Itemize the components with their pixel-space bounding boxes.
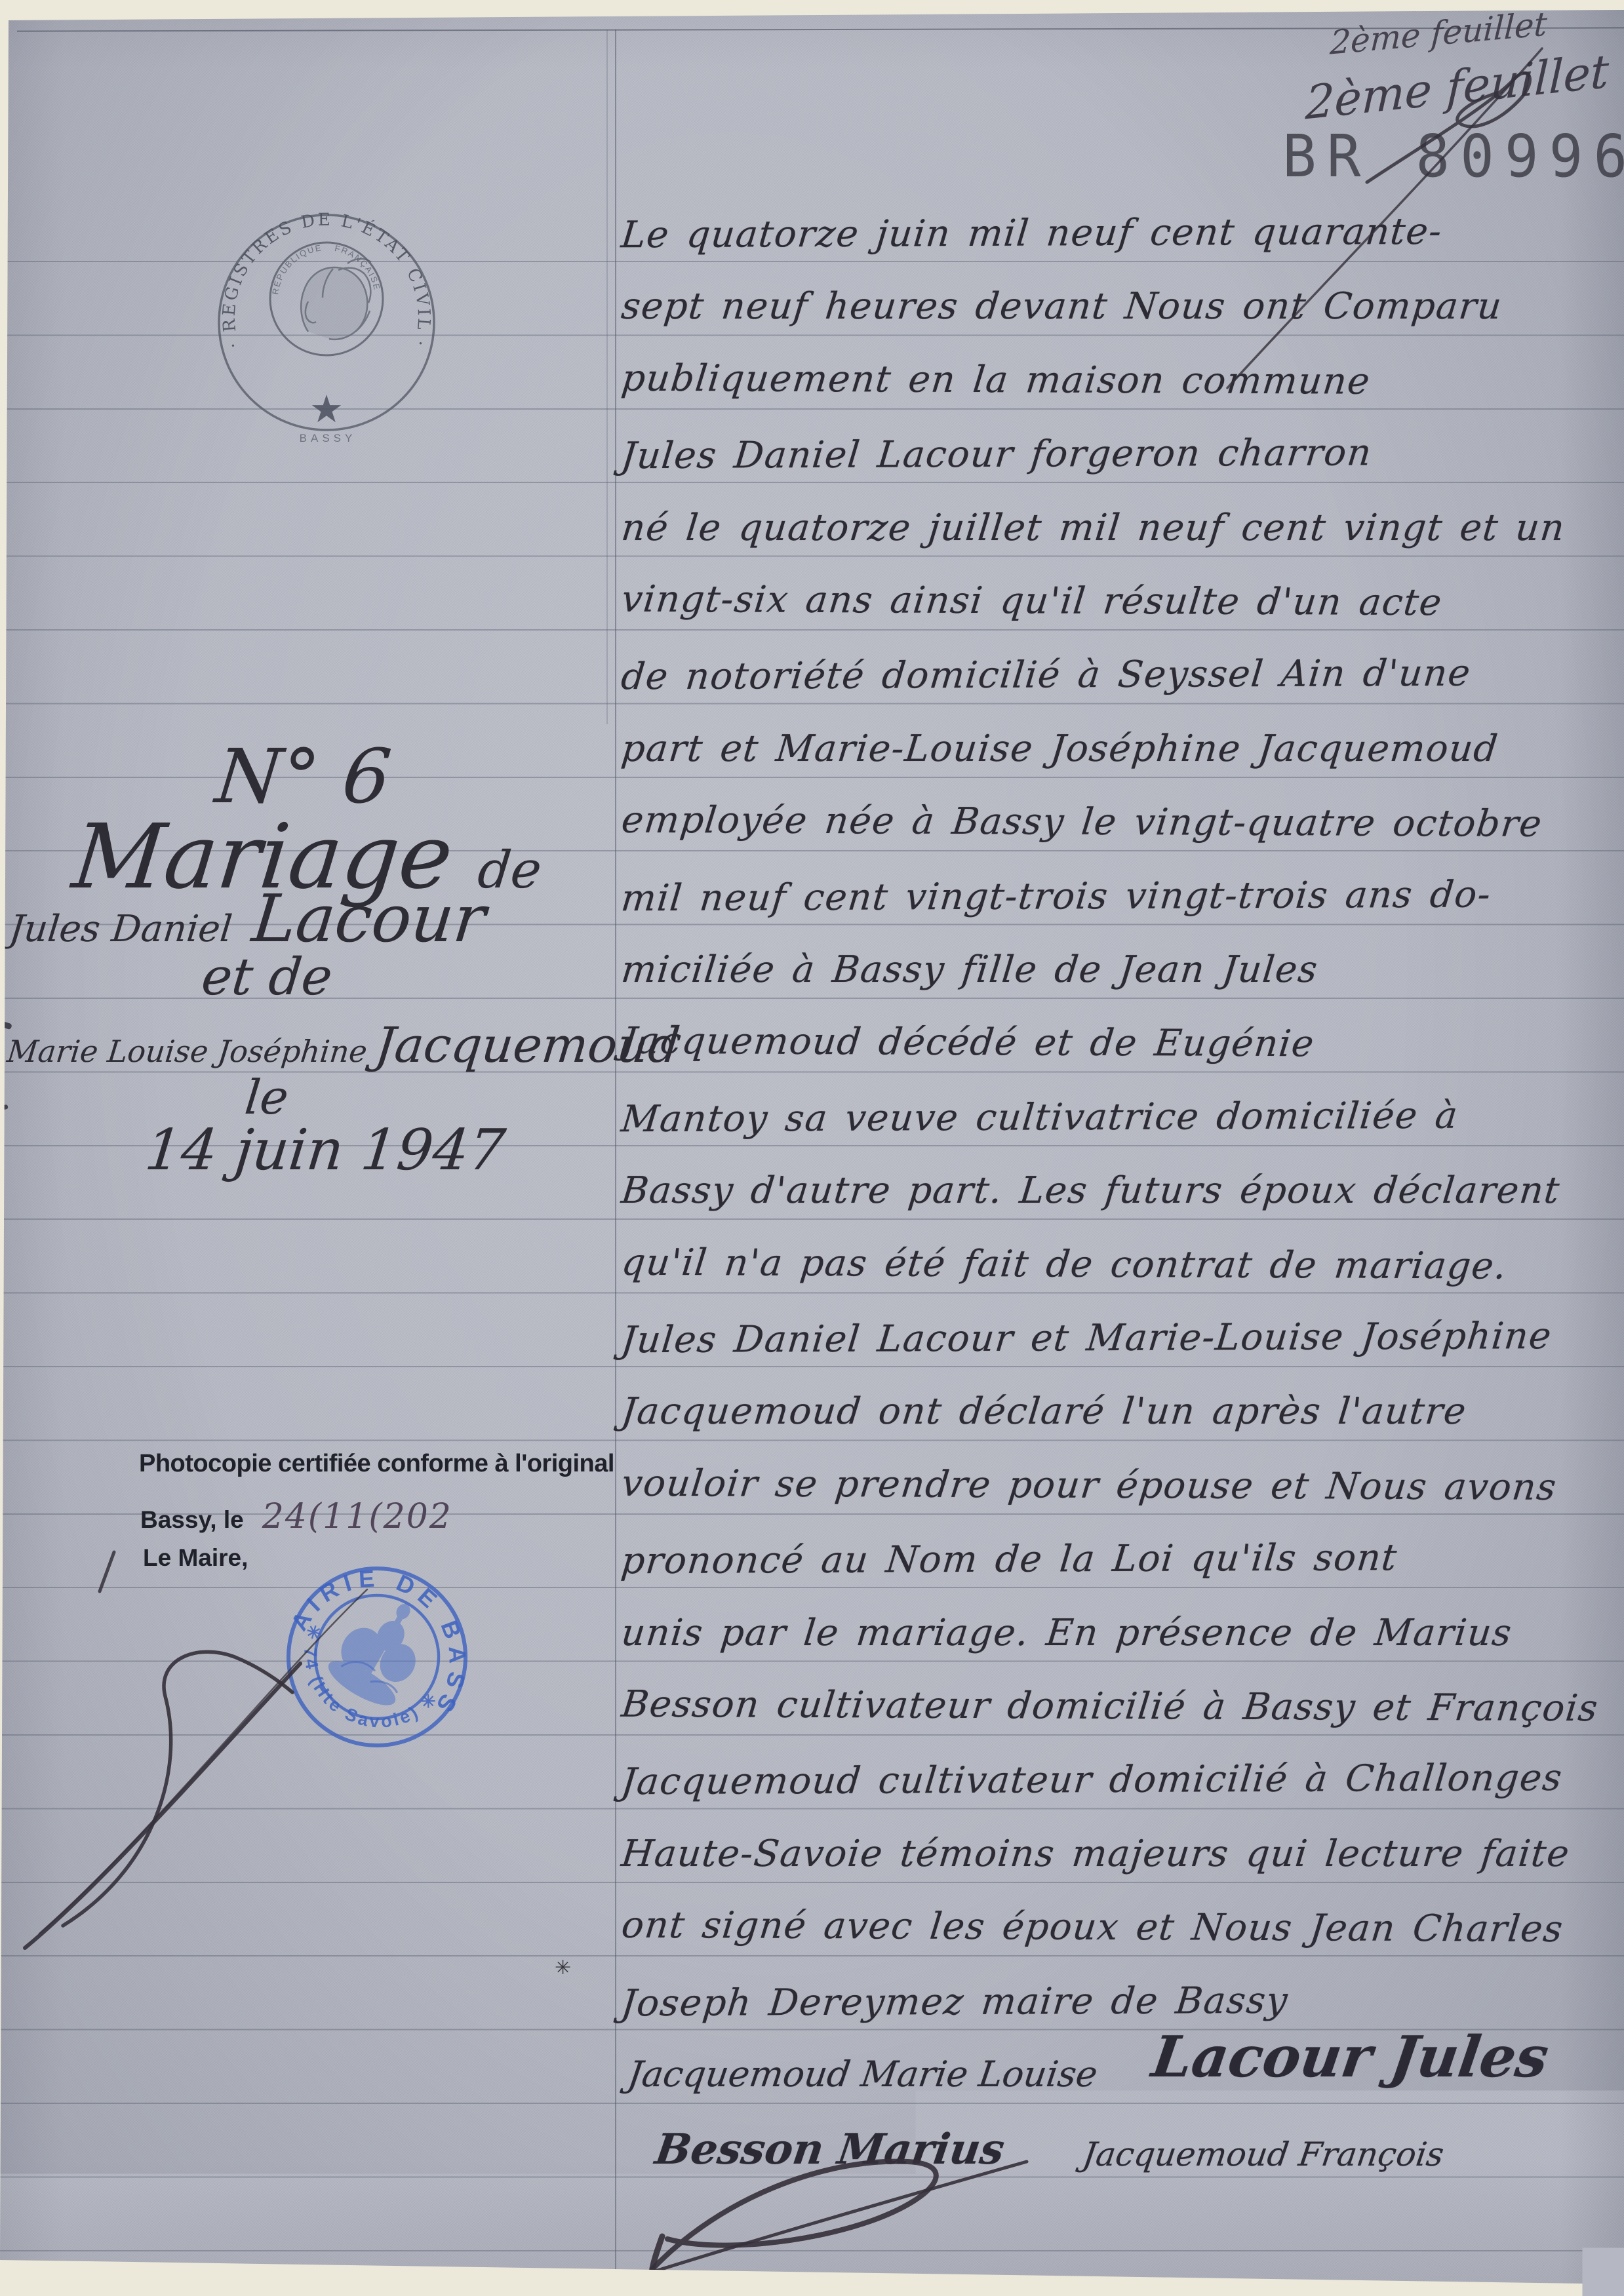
act-line: sept neuf heures devant Nous ont Comparu [620, 288, 1617, 325]
certification-mayor-label: Le Maire, [143, 1544, 248, 1572]
signature-witness-jacquemoud: Jacquemoud François [1080, 2138, 1446, 2171]
act-line: prononcé au Nom de la Loi qu'ils sont [620, 1539, 1617, 1580]
act-line: ont signé avec les époux et Nous Jean Ch… [620, 1907, 1617, 1949]
maire-flourish-signature-3 [651, 2236, 662, 2291]
act-line: de notoriété domicilié à Seyssel Ain d'u… [620, 655, 1617, 696]
asterisk-ink-mark: ✳ [555, 1956, 571, 1979]
marianne-head-icon [301, 259, 371, 340]
mayor-tick-mark [100, 1552, 114, 1591]
mayor-signature-stroke-1 [25, 1664, 300, 1948]
seal-bottom-text: BASSY [300, 432, 357, 444]
margin-column-rule-double [606, 29, 608, 724]
bride-first-names: Marie Louise Joséphine [5, 1034, 368, 1069]
certification-handwritten-date: 24(11(202 [262, 1497, 452, 1536]
seal-star-icon: ★ [309, 387, 344, 431]
margin-le: le [243, 1074, 290, 1121]
groom-name-line: Jules DanielLacour [7, 886, 488, 952]
act-line: qu'il n'a pas été fait de contrat de mar… [620, 1244, 1617, 1285]
act-line: Bassy d'autre part. Les futurs époux déc… [620, 1173, 1617, 1209]
act-line: Jacquemoud cultivateur domicilié à Chall… [620, 1760, 1617, 1801]
groom-surname: Lacour [248, 880, 489, 957]
certification-place-date: Bassy, le24(11(202 [140, 1497, 452, 1536]
scanned-paper: 2ème feuillet 2ème feuillet BR 80996 · R… [0, 0, 1624, 2296]
act-line: Joseph Dereymez maire de Bassy [620, 1981, 1617, 2022]
groom-first-names: Jules Daniel [7, 908, 234, 950]
marriage-date: 14 juin 1947 [142, 1122, 507, 1178]
act-line: vouloir se prendre pour épouse et Nous a… [620, 1465, 1617, 1506]
handwritten-note-1: 2ème feuillet [1329, 7, 1548, 59]
mairie-stamp: MAIRIE DE BASSY ✳ 74 (Hte Savoie) ✳ [243, 1523, 511, 1791]
act-line: miciliée à Bassy fille de Jean Jules [620, 952, 1617, 988]
act-line: Jacquemoud décédé et de Eugénie [620, 1023, 1617, 1064]
bottom-ink-speck [453, 2281, 465, 2289]
act-line: Mantoy sa veuve cultivatrice domiciliée … [620, 1097, 1617, 1138]
act-line: Jacquemoud ont déclaré l'un après l'autr… [620, 1393, 1617, 1430]
registration-code-stamp: BR 80996 [1282, 127, 1624, 185]
act-line: publiquement en la maison commune [620, 360, 1617, 401]
connector-et-de: et de [199, 952, 335, 1003]
signature-bride: Jacquemoud Marie Louise [625, 2057, 1099, 2092]
certification-statement: Photocopie certifiée conforme à l'origin… [139, 1450, 614, 1478]
act-line: vingt-six ans ainsi qu'il résulte d'un a… [620, 581, 1617, 623]
etat-civil-seal: · REGISTRES DE L'ÉTAT CIVIL · RÉPUBLIQUE… [210, 203, 446, 465]
margin-column-rule [615, 29, 616, 2283]
act-line: né le quatorze juillet mil neuf cent vin… [620, 510, 1617, 547]
act-line: employée née à Bassy le vingt-quatre oct… [620, 802, 1617, 844]
bride-name-line: Marie Louise JoséphineJacquemoud [5, 1021, 682, 1070]
act-line: Haute-Savoie témoins majeurs qui lecture… [620, 1836, 1617, 1873]
signature-witness-besson: Besson Marius [653, 2129, 1007, 2171]
certification-place-label: Bassy, le [140, 1506, 244, 1533]
act-line: Le quatorze juin mil neuf cent quarante- [620, 213, 1617, 254]
signature-groom: Lacour Jules [1149, 2029, 1552, 2086]
act-line: unis par le mariage. En présence de Mari… [620, 1615, 1617, 1652]
edge-ink-mark-2 [0, 1104, 9, 1110]
scanned-marriage-certificate: { "annotations": { "note1": "2ème feuill… [0, 0, 1624, 2296]
act-line: Besson cultivateur domicilié à Bassy et … [620, 1686, 1617, 1728]
maire-flourish-signature-1 [652, 2162, 936, 2269]
act-line: Jules Daniel Lacour et Marie-Louise José… [620, 1318, 1617, 1359]
act-number: N° 6 [212, 739, 395, 814]
act-line: Jules Daniel Lacour forgeron charron [620, 434, 1617, 475]
act-line: part et Marie-Louise Joséphine Jacquemou… [620, 731, 1617, 768]
maire-flourish-signature-2 [624, 2162, 1027, 2281]
act-line: mil neuf cent vingt-trois vingt-trois an… [620, 876, 1617, 917]
